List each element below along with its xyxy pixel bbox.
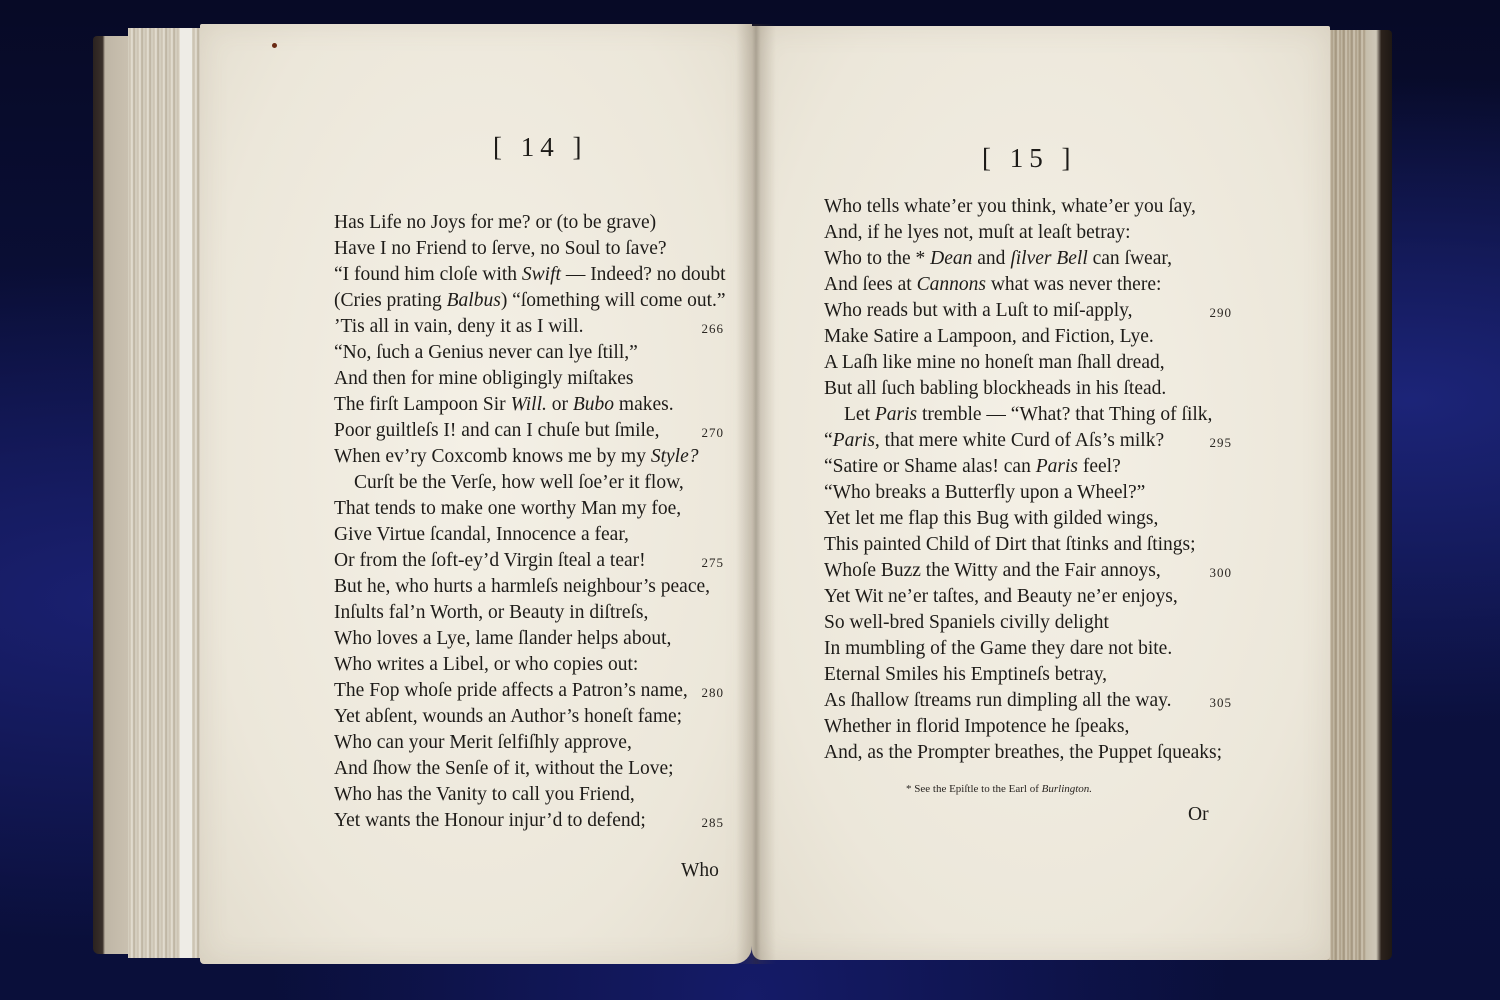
verse-text: When ev’ry Coxcomb knows me by my Style? — [334, 446, 698, 467]
page-number-left: [ 14 ] — [493, 132, 587, 163]
verse-text: Who has the Vanity to call you Friend, — [334, 784, 635, 805]
verse-line: But all ſuch babling blockheads in his ſ… — [824, 376, 1216, 402]
verse-line: As ſhallow ſtreams run dimpling all the … — [824, 688, 1216, 714]
footnote: * See the Epiſtle to the Earl of Burling… — [906, 783, 1092, 795]
verse-line: The Fop whoſe pride affects a Patron’s n… — [334, 678, 720, 704]
verse-line: Give Virtue ſcandal, Innocence a fear, — [334, 522, 720, 548]
verse-text: That tends to make one worthy Man my foe… — [334, 498, 681, 519]
verse-line: Yet let me flap this Bug with gilded win… — [824, 506, 1216, 532]
verse-line: Whoſe Buzz the Witty and the Fair annoys… — [824, 558, 1216, 584]
verse-line: Who writes a Libel, or who copies out: — [334, 652, 720, 678]
verse-line: A Laſh like mine no honeſt man ſhall dre… — [824, 350, 1216, 376]
verse-line: Poor guiltleſs I! and can I chuſe but ſm… — [334, 418, 720, 444]
verse-line: “Who breaks a Butterfly upon a Wheel?” — [824, 480, 1216, 506]
verse-lines-left: Has Life no Joys for me? or (to be grave… — [334, 210, 720, 834]
verse-text: Who reads but with a Luſt to miſ-apply, — [824, 300, 1133, 321]
line-number: 285 — [702, 810, 725, 836]
verse-text: “Satire or Shame alas! can Paris feel? — [824, 456, 1121, 477]
verse-line: And ſees at Cannons what was never there… — [824, 272, 1216, 298]
verse-line: This painted Child of Dirt that ſtinks a… — [824, 532, 1216, 558]
verse-line: Whether in florid Impotence he ſpeaks, — [824, 714, 1216, 740]
line-number: 295 — [1210, 430, 1233, 456]
verse-line: Yet Wit ne’er taſtes, and Beauty ne’er e… — [824, 584, 1216, 610]
verse-line: Let Paris tremble — “What? that Thing of… — [824, 402, 1216, 428]
verse-text: Yet wants the Honour injur’d to defend; — [334, 810, 646, 831]
verse-line: Make Satire a Lampoon, and Fiction, Lye. — [824, 324, 1216, 350]
verse-line: Have I no Friend to ſerve, no Soul to ſa… — [334, 236, 720, 262]
catchword-right: Or — [1188, 804, 1209, 826]
verse-line: That tends to make one worthy Man my foe… — [334, 496, 720, 522]
verse-line: Who has the Vanity to call you Friend, — [334, 782, 720, 808]
verse-text: Who tells whate’er you think, whate’er y… — [824, 196, 1196, 217]
verse-text: And then for mine obligingly miſtakes — [334, 368, 634, 389]
left-white-leaf — [180, 28, 192, 958]
verse-text: Whoſe Buzz the Witty and the Fair annoys… — [824, 560, 1161, 581]
verse-line: Eternal Smiles his Emptineſs betray, — [824, 662, 1216, 688]
italic-term: Style? — [651, 446, 699, 467]
verse-line: Curſt be the Verſe, how well ſoe’er it f… — [334, 470, 720, 496]
line-number: 280 — [702, 680, 725, 706]
open-book: [ 14 ] Has Life no Joys for me? or (to b… — [0, 0, 1500, 1000]
verse-text: Let Paris tremble — “What? that Thing of… — [844, 404, 1212, 425]
page-number-right: [ 15 ] — [982, 143, 1076, 174]
verse-line: When ev’ry Coxcomb knows me by my Style? — [334, 444, 720, 470]
verse-line: Yet abſent, wounds an Author’s honeſt fa… — [334, 704, 720, 730]
verse-text: Make Satire a Lampoon, and Fiction, Lye. — [824, 326, 1154, 347]
verse-line: In mumbling of the Game they dare not bi… — [824, 636, 1216, 662]
verse-text: As ſhallow ſtreams run dimpling all the … — [824, 690, 1172, 711]
verse-lines-right: Who tells whate’er you think, whate’er y… — [824, 194, 1216, 766]
line-number: 275 — [702, 550, 725, 576]
verse-text: But he, who hurts a harmleſs neighbour’s… — [334, 576, 710, 597]
verse-text: Who loves a Lye, lame ſlander helps abou… — [334, 628, 671, 649]
verse-line: (Cries prating Balbus) “ſomething will c… — [334, 288, 720, 314]
line-number: 290 — [1210, 300, 1233, 326]
verse-text: Who can your Merit ſelfiſhly approve, — [334, 732, 632, 753]
verse-text: The firſt Lampoon Sir Will. or Bubo make… — [334, 394, 674, 415]
verse-line: So well-bred Spaniels civilly delight — [824, 610, 1216, 636]
verse-text: Yet abſent, wounds an Author’s honeſt fa… — [334, 706, 682, 727]
catchword-left: Who — [681, 860, 719, 882]
verse-text: In mumbling of the Game they dare not bi… — [824, 638, 1172, 659]
line-number: 266 — [702, 316, 725, 342]
italic-term: Paris — [1036, 456, 1078, 477]
verse-text: Yet Wit ne’er taſtes, and Beauty ne’er e… — [824, 586, 1178, 607]
verse-text: Or from the ſoft-ey’d Virgin ſteal a tea… — [334, 550, 646, 571]
italic-term: Swift — [522, 264, 561, 285]
verse-text: Inſults fal’n Worth, or Beauty in diſtre… — [334, 602, 648, 623]
verse-line: The firſt Lampoon Sir Will. or Bubo make… — [334, 392, 720, 418]
gutter-shadow — [736, 24, 776, 964]
verse-line: “I found him cloſe with Swift — Indeed? … — [334, 262, 720, 288]
italic-term: Paris — [833, 430, 875, 451]
verse-text: Curſt be the Verſe, how well ſoe’er it f… — [354, 472, 684, 493]
verse-text: Eternal Smiles his Emptineſs betray, — [824, 664, 1107, 685]
italic-term: Bubo — [573, 394, 614, 415]
verse-line: “Paris, that mere white Curd of Aſs’s mi… — [824, 428, 1216, 454]
verse-text: (Cries prating Balbus) “ſomething will c… — [334, 290, 726, 311]
italic-term: Cannons — [917, 274, 986, 295]
verse-text: ’Tis all in vain, deny it as I will. — [334, 316, 584, 337]
verse-text: A Laſh like mine no honeſt man ſhall dre… — [824, 352, 1165, 373]
italic-term: Paris — [875, 404, 917, 425]
verse-text: And ſees at Cannons what was never there… — [824, 274, 1161, 295]
verse-text: The Fop whoſe pride affects a Patron’s n… — [334, 680, 688, 701]
verse-text: Give Virtue ſcandal, Innocence a fear, — [334, 524, 629, 545]
verse-text: Whether in florid Impotence he ſpeaks, — [824, 716, 1129, 737]
verse-line: ’Tis all in vain, deny it as I will.266 — [334, 314, 720, 340]
line-number: 270 — [702, 420, 725, 446]
verse-line: And, as the Prompter breathes, the Puppe… — [824, 740, 1216, 766]
line-number: 305 — [1210, 690, 1233, 716]
right-page-edges — [1326, 30, 1366, 960]
left-page-edges — [128, 28, 208, 958]
line-number: 300 — [1210, 560, 1233, 586]
verse-text: And, as the Prompter breathes, the Puppe… — [824, 742, 1222, 763]
verse-line: Who tells whate’er you think, whate’er y… — [824, 194, 1216, 220]
verse-text: Who writes a Libel, or who copies out: — [334, 654, 638, 675]
verse-text: Poor guiltleſs I! and can I chuſe but ſm… — [334, 420, 659, 441]
italic-term: Will. — [511, 394, 547, 415]
left-page: [ 14 ] Has Life no Joys for me? or (to b… — [200, 24, 752, 964]
verse-line: Who reads but with a Luſt to miſ-apply,2… — [824, 298, 1216, 324]
verse-line: Who to the * Dean and ſilver Bell can ſw… — [824, 246, 1216, 272]
verse-line: “Satire or Shame alas! can Paris feel? — [824, 454, 1216, 480]
verse-line: Inſults fal’n Worth, or Beauty in diſtre… — [334, 600, 720, 626]
italic-term: Balbus — [447, 290, 501, 311]
foxing-spot — [272, 43, 277, 48]
verse-text: But all ſuch babling blockheads in his ſ… — [824, 378, 1166, 399]
verse-text: Who to the * Dean and ſilver Bell can ſw… — [824, 248, 1172, 269]
verse-text: Has Life no Joys for me? or (to be grave… — [334, 212, 656, 233]
verse-text: “I found him cloſe with Swift — Indeed? … — [334, 264, 726, 285]
verse-text: “No, ſuch a Genius never can lye ſtill,” — [334, 342, 638, 363]
verse-text: So well-bred Spaniels civilly delight — [824, 612, 1109, 633]
verse-line: Or from the ſoft-ey’d Virgin ſteal a tea… — [334, 548, 720, 574]
verse-line: Who loves a Lye, lame ſlander helps abou… — [334, 626, 720, 652]
verse-line: And ſhow the Senſe of it, without the Lo… — [334, 756, 720, 782]
verse-text: And ſhow the Senſe of it, without the Lo… — [334, 758, 674, 779]
verse-line: Yet wants the Honour injur’d to defend;2… — [334, 808, 720, 834]
verse-line: “No, ſuch a Genius never can lye ſtill,” — [334, 340, 720, 366]
verse-line: But he, who hurts a harmleſs neighbour’s… — [334, 574, 720, 600]
italic-term: Dean — [930, 248, 972, 269]
verse-text: And, if he lyes not, muſt at leaſt betra… — [824, 222, 1131, 243]
verse-line: And then for mine obligingly miſtakes — [334, 366, 720, 392]
verse-text: This painted Child of Dirt that ſtinks a… — [824, 534, 1196, 555]
verse-line: And, if he lyes not, muſt at leaſt betra… — [824, 220, 1216, 246]
verse-line: Has Life no Joys for me? or (to be grave… — [334, 210, 720, 236]
verse-line: Who can your Merit ſelfiſhly approve, — [334, 730, 720, 756]
verse-text: “Who breaks a Butterfly upon a Wheel?” — [824, 482, 1145, 503]
italic-term: ſilver Bell — [1010, 248, 1087, 269]
verse-text: “Paris, that mere white Curd of Aſs’s mi… — [824, 430, 1164, 451]
verse-text: Have I no Friend to ſerve, no Soul to ſa… — [334, 238, 667, 259]
right-page: [ 15 ] Who tells whate’er you think, wha… — [752, 26, 1330, 960]
verse-text: Yet let me flap this Bug with gilded win… — [824, 508, 1158, 529]
italic-term: Burlington. — [1042, 783, 1092, 795]
